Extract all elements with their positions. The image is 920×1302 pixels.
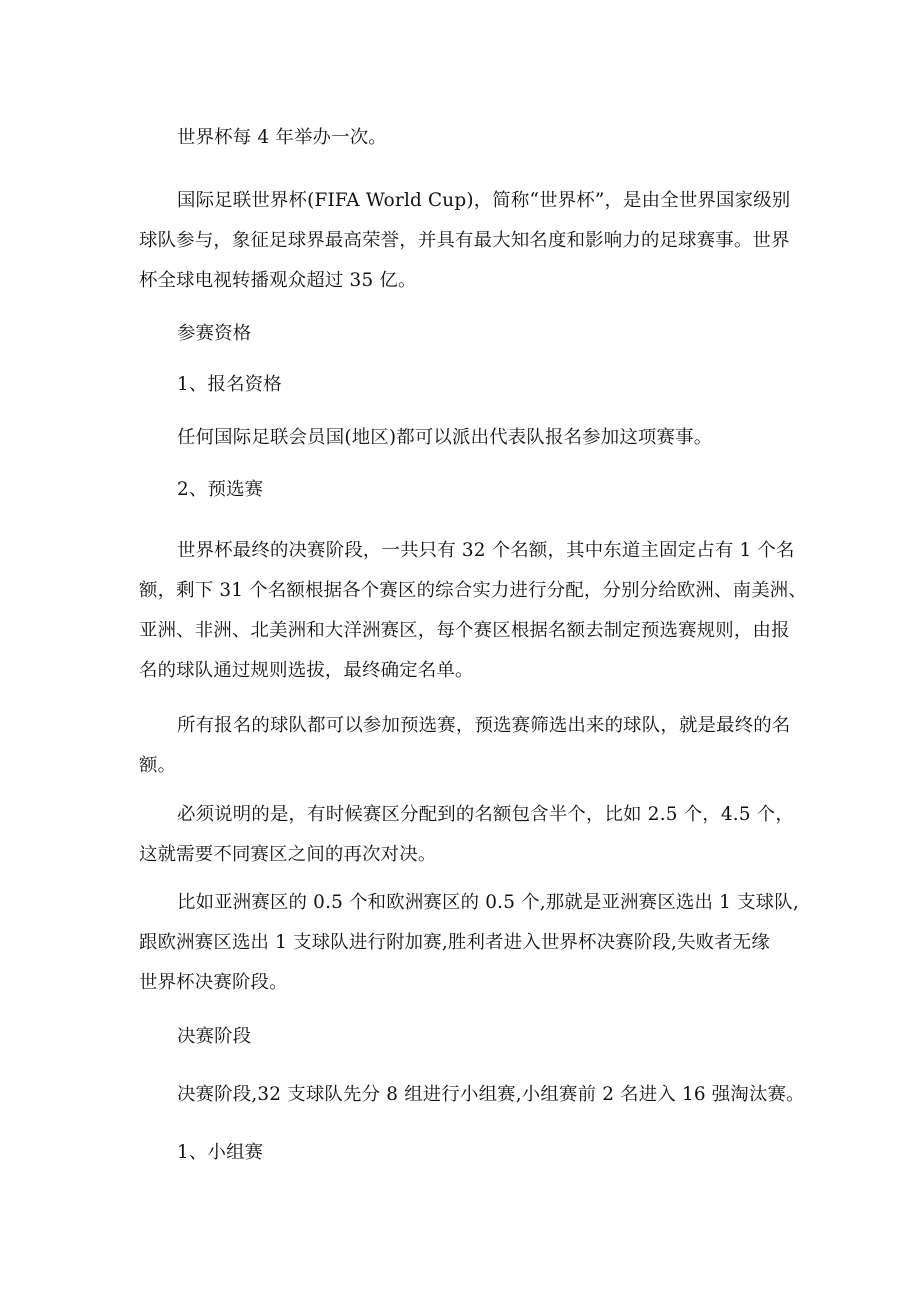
text-line: 任何国际足联会员国(地区)都可以派出代表队报名参加这项赛事。 bbox=[177, 418, 779, 458]
text-line: 球队参与，象征足球界最高荣誉，并具有最大知名度和影响力的足球赛事。世界 bbox=[139, 221, 779, 261]
text-line: 这就需要不同赛区之间的再次对决。 bbox=[139, 835, 779, 875]
text-line: 所有报名的球队都可以参加预选赛，预选赛筛选出来的球队，就是最终的名 bbox=[139, 706, 779, 746]
text-line: 杯全球电视转播观众超过 35 亿。 bbox=[139, 261, 779, 301]
text-line: 额。 bbox=[139, 746, 779, 786]
paragraph-all-teams: 所有报名的球队都可以参加预选赛，预选赛筛选出来的球队，就是最终的名 额。 bbox=[139, 706, 779, 786]
heading-registration: 1、报名资格 bbox=[177, 365, 779, 405]
text-line: 额，剩下 31 个名额根据各个赛区的综合实力进行分配，分别分给欧洲、南美洲、 bbox=[139, 571, 779, 611]
heading-eligibility: 参赛资格 bbox=[177, 314, 779, 354]
heading-qualifiers: 2、预选赛 bbox=[177, 470, 779, 510]
heading-finals: 决赛阶段 bbox=[177, 1017, 779, 1057]
paragraph-half-quota: 必须说明的是，有时候赛区分配到的名额包含半个，比如 2.5 个，4.5 个， 这… bbox=[139, 795, 779, 875]
paragraph-finals: 决赛阶段,32 支球队先分 8 组进行小组赛,小组赛前 2 名进入 16 强淘汰… bbox=[177, 1075, 779, 1115]
heading-text: 1、小组赛 bbox=[177, 1133, 779, 1173]
text-line: 国际足联世界杯(FIFA World Cup)，简称“世界杯”，是由全世界国家级… bbox=[139, 181, 779, 221]
paragraph-quota: 世界杯最终的决赛阶段，一共只有 32 个名额，其中东道主固定占有 1 个名 额，… bbox=[139, 531, 779, 691]
heading-text: 参赛资格 bbox=[177, 314, 779, 354]
heading-text: 决赛阶段 bbox=[177, 1017, 779, 1057]
text-line: 名的球队通过规则选拔，最终确定名单。 bbox=[139, 651, 779, 691]
text-line: 跟欧洲赛区选出 1 支球队进行附加赛,胜利者进入世界杯决赛阶段,失败者无缘 bbox=[139, 923, 779, 963]
heading-text: 2、预选赛 bbox=[177, 470, 779, 510]
text-line: 世界杯决赛阶段。 bbox=[139, 963, 779, 1003]
text-line: 必须说明的是，有时候赛区分配到的名额包含半个，比如 2.5 个，4.5 个， bbox=[139, 795, 779, 835]
heading-group-stage: 1、小组赛 bbox=[177, 1133, 779, 1173]
text-line: 决赛阶段,32 支球队先分 8 组进行小组赛,小组赛前 2 名进入 16 强淘汰… bbox=[177, 1075, 779, 1115]
text-line: 比如亚洲赛区的 0.5 个和欧洲赛区的 0.5 个,那就是亚洲赛区选出 1 支球… bbox=[139, 883, 779, 923]
text-line: 世界杯每 4 年举办一次。 bbox=[139, 118, 779, 158]
paragraph-frequency: 世界杯每 4 年举办一次。 bbox=[139, 118, 779, 158]
paragraph-playoff: 比如亚洲赛区的 0.5 个和欧洲赛区的 0.5 个,那就是亚洲赛区选出 1 支球… bbox=[139, 883, 779, 1003]
paragraph-registration: 任何国际足联会员国(地区)都可以派出代表队报名参加这项赛事。 bbox=[177, 418, 779, 458]
text-line: 亚洲、非洲、北美洲和大洋洲赛区，每个赛区根据名额去制定预选赛规则，由报 bbox=[139, 611, 779, 651]
text-line: 世界杯最终的决赛阶段，一共只有 32 个名额，其中东道主固定占有 1 个名 bbox=[139, 531, 779, 571]
paragraph-intro: 国际足联世界杯(FIFA World Cup)，简称“世界杯”，是由全世界国家级… bbox=[139, 181, 779, 301]
heading-text: 1、报名资格 bbox=[177, 365, 779, 405]
